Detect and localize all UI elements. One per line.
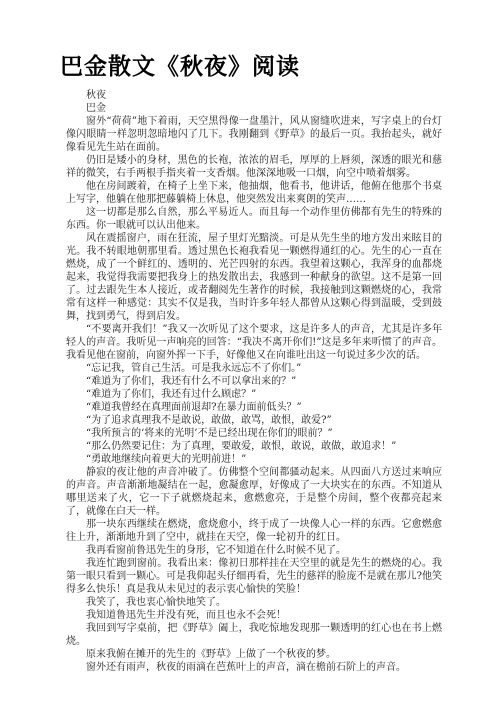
paragraph: 我连忙跑到窗前。我看出来：像初日那样挂在天空里的就是先生的燃烧的心。我第一眼只看… [66,557,442,596]
paragraph: 这一切都是那么自然，那么平易近人。而且每一个动作里仿佛都有先生的特殊的东西。你一… [66,206,442,232]
paragraph: 我知道鲁迅先生并没有死，而且也永不会死！ [66,609,442,622]
paragraph: 我笑了，我也衷心愉快地笑了。 [66,596,442,609]
document-content: 巴金散文《秋夜》阅读 秋夜 巴金 窗外“荷荷”地下着雨，天空黑得像一盘墨汁，风从… [0,0,496,674]
paragraph: “难道为了你们，我还有过什么顾虑？” [66,388,442,401]
paragraph: “难道为了你们，我还有什么不可以拿出来的？” [66,375,442,388]
document-page: 巴金散文《秋夜》阅读 秋夜 巴金 窗外“荷荷”地下着雨，天空黑得像一盘墨汁，风从… [0,0,496,702]
work-title: 秋夜 [66,89,442,102]
paragraph: “那么仍然要记住：为了真理，要敢爱，敢恨，敢说，敢做，敢追求！” [66,440,442,453]
paragraph: 原来我俯在摊开的先生的《野草》上做了一个秋夜的梦。 [66,648,442,661]
paragraph: 静寂的夜让他的声音冲破了。仿佛整个空间都骚动起来。从四面八方送过来响应的声音。声… [66,466,442,518]
paragraph: “难道我曾经在真理面前退却?在暴力面前低头？” [66,401,442,414]
paragraph: “不要离开我们！”我又一次听见了这个要求，这是许多人的声音，尤其是许多年轻人的声… [66,323,442,362]
author-name: 巴金 [66,102,442,115]
paragraph: 他在房间踱着，在椅子上坐下来，他抽烟，他看书，他讲话，他俯在他那个书桌上写字，他… [66,180,442,206]
paragraph: 窗外还有雨声，秋夜的雨滴在芭蕉叶上的声音，滴在檐前石阶上的声音。 [66,661,442,674]
paragraph: 我回到写字桌前，把《野草》阖上，我吃惊地发现那一颗透明的红心也在书上燃烧。 [66,622,442,648]
document-body: 秋夜 巴金 窗外“荷荷”地下着雨，天空黑得像一盘墨汁，风从窗缝吹进来，写字桌上的… [66,89,442,674]
paragraph: 仍旧是矮小的身材，黑色的长袍，浓浓的眉毛，厚厚的上唇须，深透的眼光和慈祥的微笑，… [66,154,442,180]
paragraph: “勇敢地继续向着更大的光明前进！” [66,453,442,466]
paragraph: “忘记我，管自己生活。可是我永远忘不了你们。” [66,362,442,375]
paragraph: 窗外“荷荷”地下着雨，天空黑得像一盘墨汁，风从窗缝吹进来，写字桌上的台灯像闪眼睛… [66,115,442,154]
paragraph: “我所预言的‘将来的光明’不是已经出现在你们的眼前？” [66,427,442,440]
paragraph: “为了追求真理我不是敢说，敢做，敢骂，敢恨，敢爱?” [66,414,442,427]
page-title: 巴金散文《秋夜》阅读 [60,54,442,80]
paragraph: 我再看窗前鲁迅先生的身形，它不知道在什么时候不见了。 [66,544,442,557]
paragraph: 风在震摇窗户，雨在狂流，屋子里灯光黯淡。可是从先生坐的地方发出来眩目的光。我不转… [66,232,442,323]
paragraphs-container: 窗外“荷荷”地下着雨，天空黑得像一盘墨汁，风从窗缝吹进来，写字桌上的台灯像闪眼睛… [66,115,442,674]
paragraph: 那一块东西继续在燃烧，愈烧愈小，终于成了一块像人心一样的东西。它愈燃愈往上升，渐… [66,518,442,544]
